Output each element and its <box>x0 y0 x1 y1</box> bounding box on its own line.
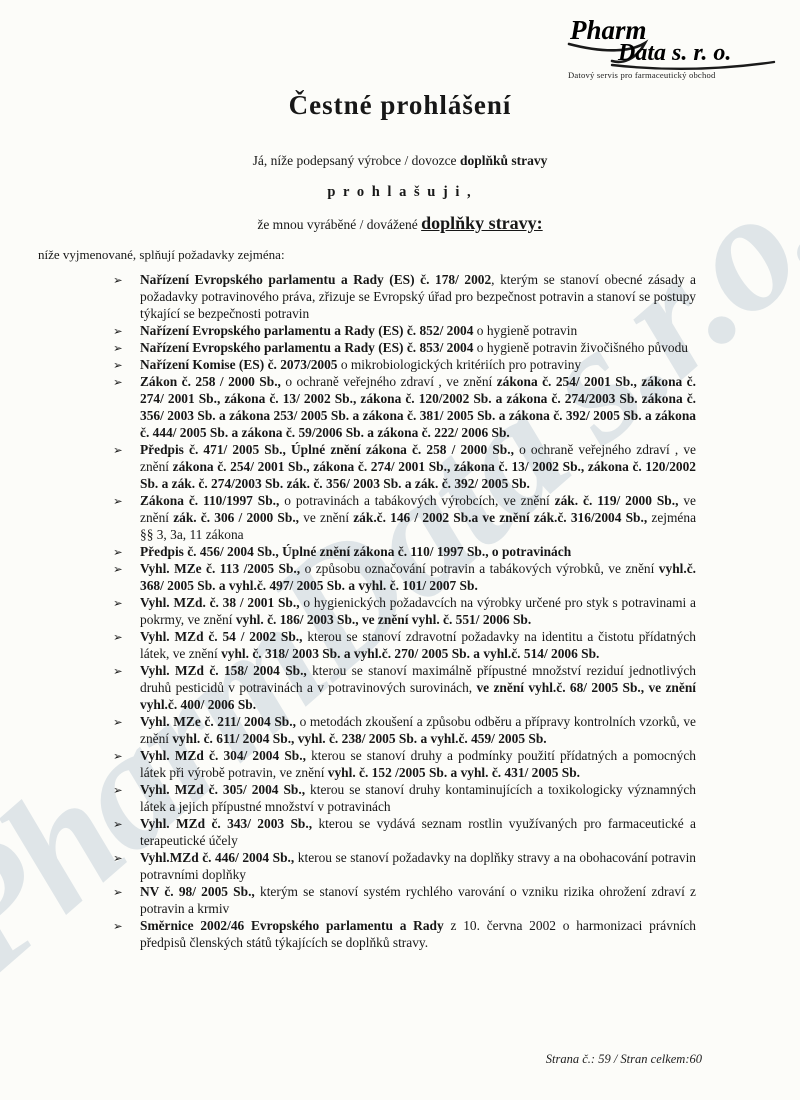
declaration-line-1: Já, níže podepsaný výrobce / dovozce dop… <box>0 153 800 169</box>
arrow-bullet-icon: ➢ <box>113 561 123 578</box>
declaration-word: p r o h l a š u j i , <box>0 184 800 201</box>
list-item-text: Vyhl. MZd č. 305/ 2004 Sb., kterou se st… <box>140 782 696 814</box>
arrow-bullet-icon: ➢ <box>113 493 123 510</box>
list-item-text: Nařízení Evropského parlamentu a Rady (E… <box>140 272 696 321</box>
list-item-text: Zákona č. 110/1997 Sb., o potravinách a … <box>140 493 696 542</box>
list-item: ➢Vyhl. MZe č. 211/ 2004 Sb., o metodách … <box>112 713 696 747</box>
list-item: ➢Vyhl. MZd č. 305/ 2004 Sb., kterou se s… <box>112 781 696 815</box>
declaration-line-3: že mnou vyráběné / dovážené doplňky stra… <box>0 213 800 234</box>
arrow-bullet-icon: ➢ <box>113 595 123 612</box>
arrow-bullet-icon: ➢ <box>113 850 123 867</box>
arrow-bullet-icon: ➢ <box>113 272 123 289</box>
arrow-bullet-icon: ➢ <box>113 357 123 374</box>
pharmdata-logo-graphic: Pharm Data s. r. o. <box>562 14 778 72</box>
document-page: PharmData s.r.o. Pharm Data s. r. o. Dat… <box>0 0 800 1100</box>
list-item-text: Nařízení Komise (ES) č. 2073/2005 o mikr… <box>140 357 581 372</box>
declaration-line-1-bold: doplňků stravy <box>460 153 547 168</box>
arrow-bullet-icon: ➢ <box>113 714 123 731</box>
list-item: ➢Vyhl. MZd č. 343/ 2003 Sb., kterou se v… <box>112 815 696 849</box>
list-item: ➢Vyhl.MZd č. 446/ 2004 Sb., kterou se st… <box>112 849 696 883</box>
list-item: ➢Vyhl. MZe č. 113 /2005 Sb., o způsobu o… <box>112 560 696 594</box>
arrow-bullet-icon: ➢ <box>113 629 123 646</box>
intro-line: níže vyjmenované, splňují požadavky zejm… <box>38 247 285 263</box>
declaration-line-1-prefix: Já, níže podepsaný výrobce / dovozce <box>253 153 460 168</box>
arrow-bullet-icon: ➢ <box>113 663 123 680</box>
list-item-text: NV č. 98/ 2005 Sb., kterým se stanoví sy… <box>140 884 696 916</box>
arrow-bullet-icon: ➢ <box>113 374 123 391</box>
list-item-text: Vyhl. MZd č. 343/ 2003 Sb., kterou se vy… <box>140 816 696 848</box>
logo-tagline: Datový servis pro farmaceutický obchod <box>562 70 778 80</box>
list-item-text: Směrnice 2002/46 Evropského parlamentu a… <box>140 918 696 950</box>
list-item: ➢Předpis č. 471/ 2005 Sb., Úplné znění z… <box>112 441 696 492</box>
arrow-bullet-icon: ➢ <box>113 544 123 561</box>
page-footer: Strana č.: 59 / Stran celkem:60 <box>546 1052 702 1067</box>
list-item: ➢Nařízení Evropského parlamentu a Rady (… <box>112 271 696 322</box>
list-item: ➢Nařízení Komise (ES) č. 2073/2005 o mik… <box>112 356 696 373</box>
list-item-text: Vyhl. MZd č. 54 / 2002 Sb., kterou se st… <box>140 629 696 661</box>
pharmdata-logo: Pharm Data s. r. o. Datový servis pro fa… <box>562 14 778 80</box>
list-item: ➢Zákona č. 110/1997 Sb., o potravinách a… <box>112 492 696 543</box>
arrow-bullet-icon: ➢ <box>113 918 123 935</box>
list-item: ➢Směrnice 2002/46 Evropského parlamentu … <box>112 917 696 951</box>
list-item: ➢Vyhl. MZd č. 304/ 2004 Sb., kterou se s… <box>112 747 696 781</box>
page-title: Čestné prohlášení <box>0 90 800 121</box>
list-item-text: Zákon č. 258 / 2000 Sb., o ochraně veřej… <box>140 374 696 440</box>
list-item-text: Vyhl. MZe č. 113 /2005 Sb., o způsobu oz… <box>140 561 696 593</box>
list-item-text: Vyhl. MZd. č. 38 / 2001 Sb., o hygienick… <box>140 595 696 627</box>
arrow-bullet-icon: ➢ <box>113 442 123 459</box>
list-item-text: Předpis č. 471/ 2005 Sb., Úplné znění zá… <box>140 442 696 491</box>
list-item-text: Vyhl. MZd č. 304/ 2004 Sb., kterou se st… <box>140 748 696 780</box>
regulation-list: ➢Nařízení Evropského parlamentu a Rady (… <box>112 271 696 951</box>
arrow-bullet-icon: ➢ <box>113 748 123 765</box>
list-item: ➢NV č. 98/ 2005 Sb., kterým se stanoví s… <box>112 883 696 917</box>
logo-text-data: Data s. r. o. <box>617 40 731 66</box>
list-item: ➢Vyhl. MZd č. 158/ 2004 Sb., kterou se s… <box>112 662 696 713</box>
list-item-text: Předpis č. 456/ 2004 Sb., Úplné znění zá… <box>140 544 571 559</box>
arrow-bullet-icon: ➢ <box>113 323 123 340</box>
list-item-text: Vyhl. MZe č. 211/ 2004 Sb., o metodách z… <box>140 714 696 746</box>
list-item: ➢Vyhl. MZd. č. 38 / 2001 Sb., o hygienic… <box>112 594 696 628</box>
declaration-line-3-bold: doplňky stravy: <box>421 213 543 233</box>
list-item: ➢Nařízení Evropského parlamentu a Rady (… <box>112 339 696 356</box>
list-item-text: Vyhl.MZd č. 446/ 2004 Sb., kterou se sta… <box>140 850 696 882</box>
declaration-line-3-prefix: že mnou vyráběné / dovážené <box>257 217 421 232</box>
arrow-bullet-icon: ➢ <box>113 884 123 901</box>
list-item-text: Vyhl. MZd č. 158/ 2004 Sb., kterou se st… <box>140 663 696 712</box>
arrow-bullet-icon: ➢ <box>113 816 123 833</box>
list-item-text: Nařízení Evropského parlamentu a Rady (E… <box>140 340 688 355</box>
list-item-text: Nařízení Evropského parlamentu a Rady (E… <box>140 323 577 338</box>
list-item: ➢Předpis č. 456/ 2004 Sb., Úplné znění z… <box>112 543 696 560</box>
arrow-bullet-icon: ➢ <box>113 340 123 357</box>
list-item: ➢Vyhl. MZd č. 54 / 2002 Sb., kterou se s… <box>112 628 696 662</box>
arrow-bullet-icon: ➢ <box>113 782 123 799</box>
list-item: ➢Nařízení Evropského parlamentu a Rady (… <box>112 322 696 339</box>
list-item: ➢Zákon č. 258 / 2000 Sb., o ochraně veře… <box>112 373 696 441</box>
